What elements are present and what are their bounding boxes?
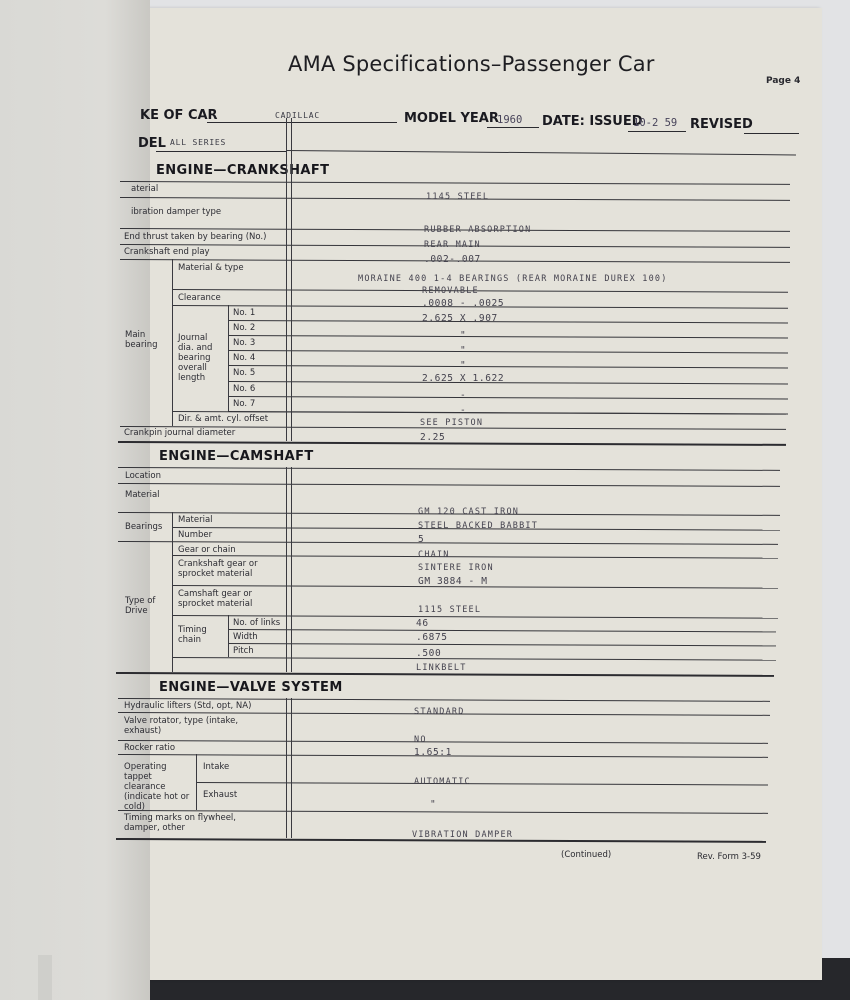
lifters-label: Hydraulic lifters (Std, opt, NA) [124,701,251,711]
cam-material-value: GM 120 Cast Iron [418,507,519,517]
bearings-label: Bearings [125,522,162,532]
chain-maker-value: Linkbelt [416,663,467,673]
location-label: Location [125,471,161,481]
material-type-value: Moraine 400 1-4 Bearings (Rear Moraine D… [358,274,668,284]
document-title: AMA Specifications–Passenger Car [288,52,655,76]
gear-chain-label: Gear or chain [178,545,236,555]
date-issued-label: DATE: ISSUED [542,114,643,129]
row-value-end-thrust: Rear Main [424,240,481,250]
journal-value-6: - [460,390,466,401]
type-of-drive-label: Type of Drive [125,596,165,616]
timing-chain-label: Timing chain [178,625,223,645]
crank-gear-spec: GM 3884 - M [418,576,488,587]
row-value-end-play: .002-.007 [424,254,481,265]
cam-gear-value: 1115 Steel [418,605,481,615]
model-value: All Series [170,138,226,147]
journal-value-3: " [460,345,466,356]
gear-chain-value: Chain [418,550,450,560]
make-label: KE OF CAR [140,108,218,123]
column-divider [286,150,292,441]
width-value: .6875 [416,632,448,643]
journal-value-1: 2.625 X .907 [422,313,498,324]
form-revision: Rev. Form 3-59 [697,852,761,862]
crank-gear-label: Crankshaft gear or sprocket material [178,559,278,579]
journal-label-7: No. 7 [233,399,255,409]
pitch-value: .500 [416,648,441,659]
section-title-crankshaft: ENGINE—CRANKSHAFT [156,163,329,178]
journal-label-5: No. 5 [233,368,255,378]
revised-label: REVISED [690,117,753,132]
timing-marks-value: Vibration Damper [412,830,513,840]
journal-label-4: No. 4 [233,353,255,363]
clearance-value-removable: Removable [422,286,479,296]
journal-label-1: No. 1 [233,308,255,318]
bearings-material-label: Material [178,515,213,525]
exhaust-label: Exhaust [203,790,237,800]
journal-value-7: - [460,405,466,416]
clearance-value: .0008 - .0025 [422,298,504,309]
links-label: No. of links [233,618,280,628]
crankpin-label: Crankpin journal diameter [124,428,235,438]
section-title-valve-system: ENGINE—VALVE SYSTEM [159,680,343,695]
model-year-underline [487,127,539,128]
date-issued-underline [628,131,686,132]
rocker-value: 1.65:1 [414,747,452,758]
page-edge [38,955,52,1000]
column-divider [172,512,173,672]
journal-label-6: No. 6 [233,384,255,394]
column-divider [228,615,229,657]
material-type-label: Material & type [178,263,244,273]
journal-value-5: 2.625 X 1.622 [422,373,504,384]
cyl-offset-value: See Piston [420,418,483,428]
journal-value-2: " [460,330,466,341]
bearings-number-label: Number [178,530,212,540]
journal-label-2: No. 2 [233,323,255,333]
row-value-material: 1145 Steel [426,192,489,202]
continued-note: (Continued) [561,850,611,860]
header-divider [286,118,292,152]
crankpin-value: 2.25 [420,432,445,443]
rocker-label: Rocker ratio [124,743,175,753]
page-number: Page 4 [766,76,800,86]
column-divider [172,259,173,426]
make-value: Cadillac [275,111,320,120]
row-value-damper: Rubber Absorption [424,225,531,235]
model-label: DEL [138,136,166,151]
width-label: Width [233,632,258,642]
section-title-camshaft: ENGINE—CAMSHAFT [159,449,314,464]
model-underline [156,151,286,152]
exhaust-value: " [430,799,436,810]
journal-value-4: " [460,360,466,371]
main-bearing-label: Main bearing [125,330,165,350]
column-divider [286,698,292,838]
make-underline [207,122,397,123]
intake-value: Automatic [414,777,471,787]
rotator-value: No [414,735,427,745]
revised-underline [744,133,799,134]
left-page [0,0,150,1000]
row-label-material: aterial [131,184,158,194]
row-label-end-thrust: End thrust taken by bearing (No.) [124,232,266,242]
intake-label: Intake [203,762,229,772]
rotator-label: Valve rotator, type (intake, exhaust) [124,716,244,736]
bearings-number-value: 5 [418,534,424,545]
lifters-value: Standard [414,707,465,717]
timing-marks-label: Timing marks on flywheel, damper, other [124,813,254,833]
column-divider [228,305,229,411]
column-divider [286,467,292,672]
journal-label-3: No. 3 [233,338,255,348]
pitch-label: Pitch [233,646,254,656]
row-label-end-play: Crankshaft end play [124,247,210,257]
clearance-label: Clearance [178,293,221,303]
bearings-material-value: Steel Backed Babbit [418,521,538,531]
journal-group-label: Journal dia. and bearing overall length [178,333,224,383]
cam-material-label: Material [125,490,160,500]
crank-gear-value: Sintere Iron [418,563,494,573]
links-value: 46 [416,618,429,629]
model-year-value: 1960 [497,114,522,126]
tappet-clearance-label: Operating tappet clearance (indicate hot… [124,762,196,812]
model-year-label: MODEL YEAR [404,111,499,126]
row-label-damper: ibration damper type [131,207,221,217]
column-divider [196,754,197,810]
date-issued-value: 10-2 59 [633,117,677,129]
cam-gear-label: Camshaft gear or sprocket material [178,589,278,609]
cyl-offset-label: Dir. & amt. cyl. offset [178,414,268,424]
